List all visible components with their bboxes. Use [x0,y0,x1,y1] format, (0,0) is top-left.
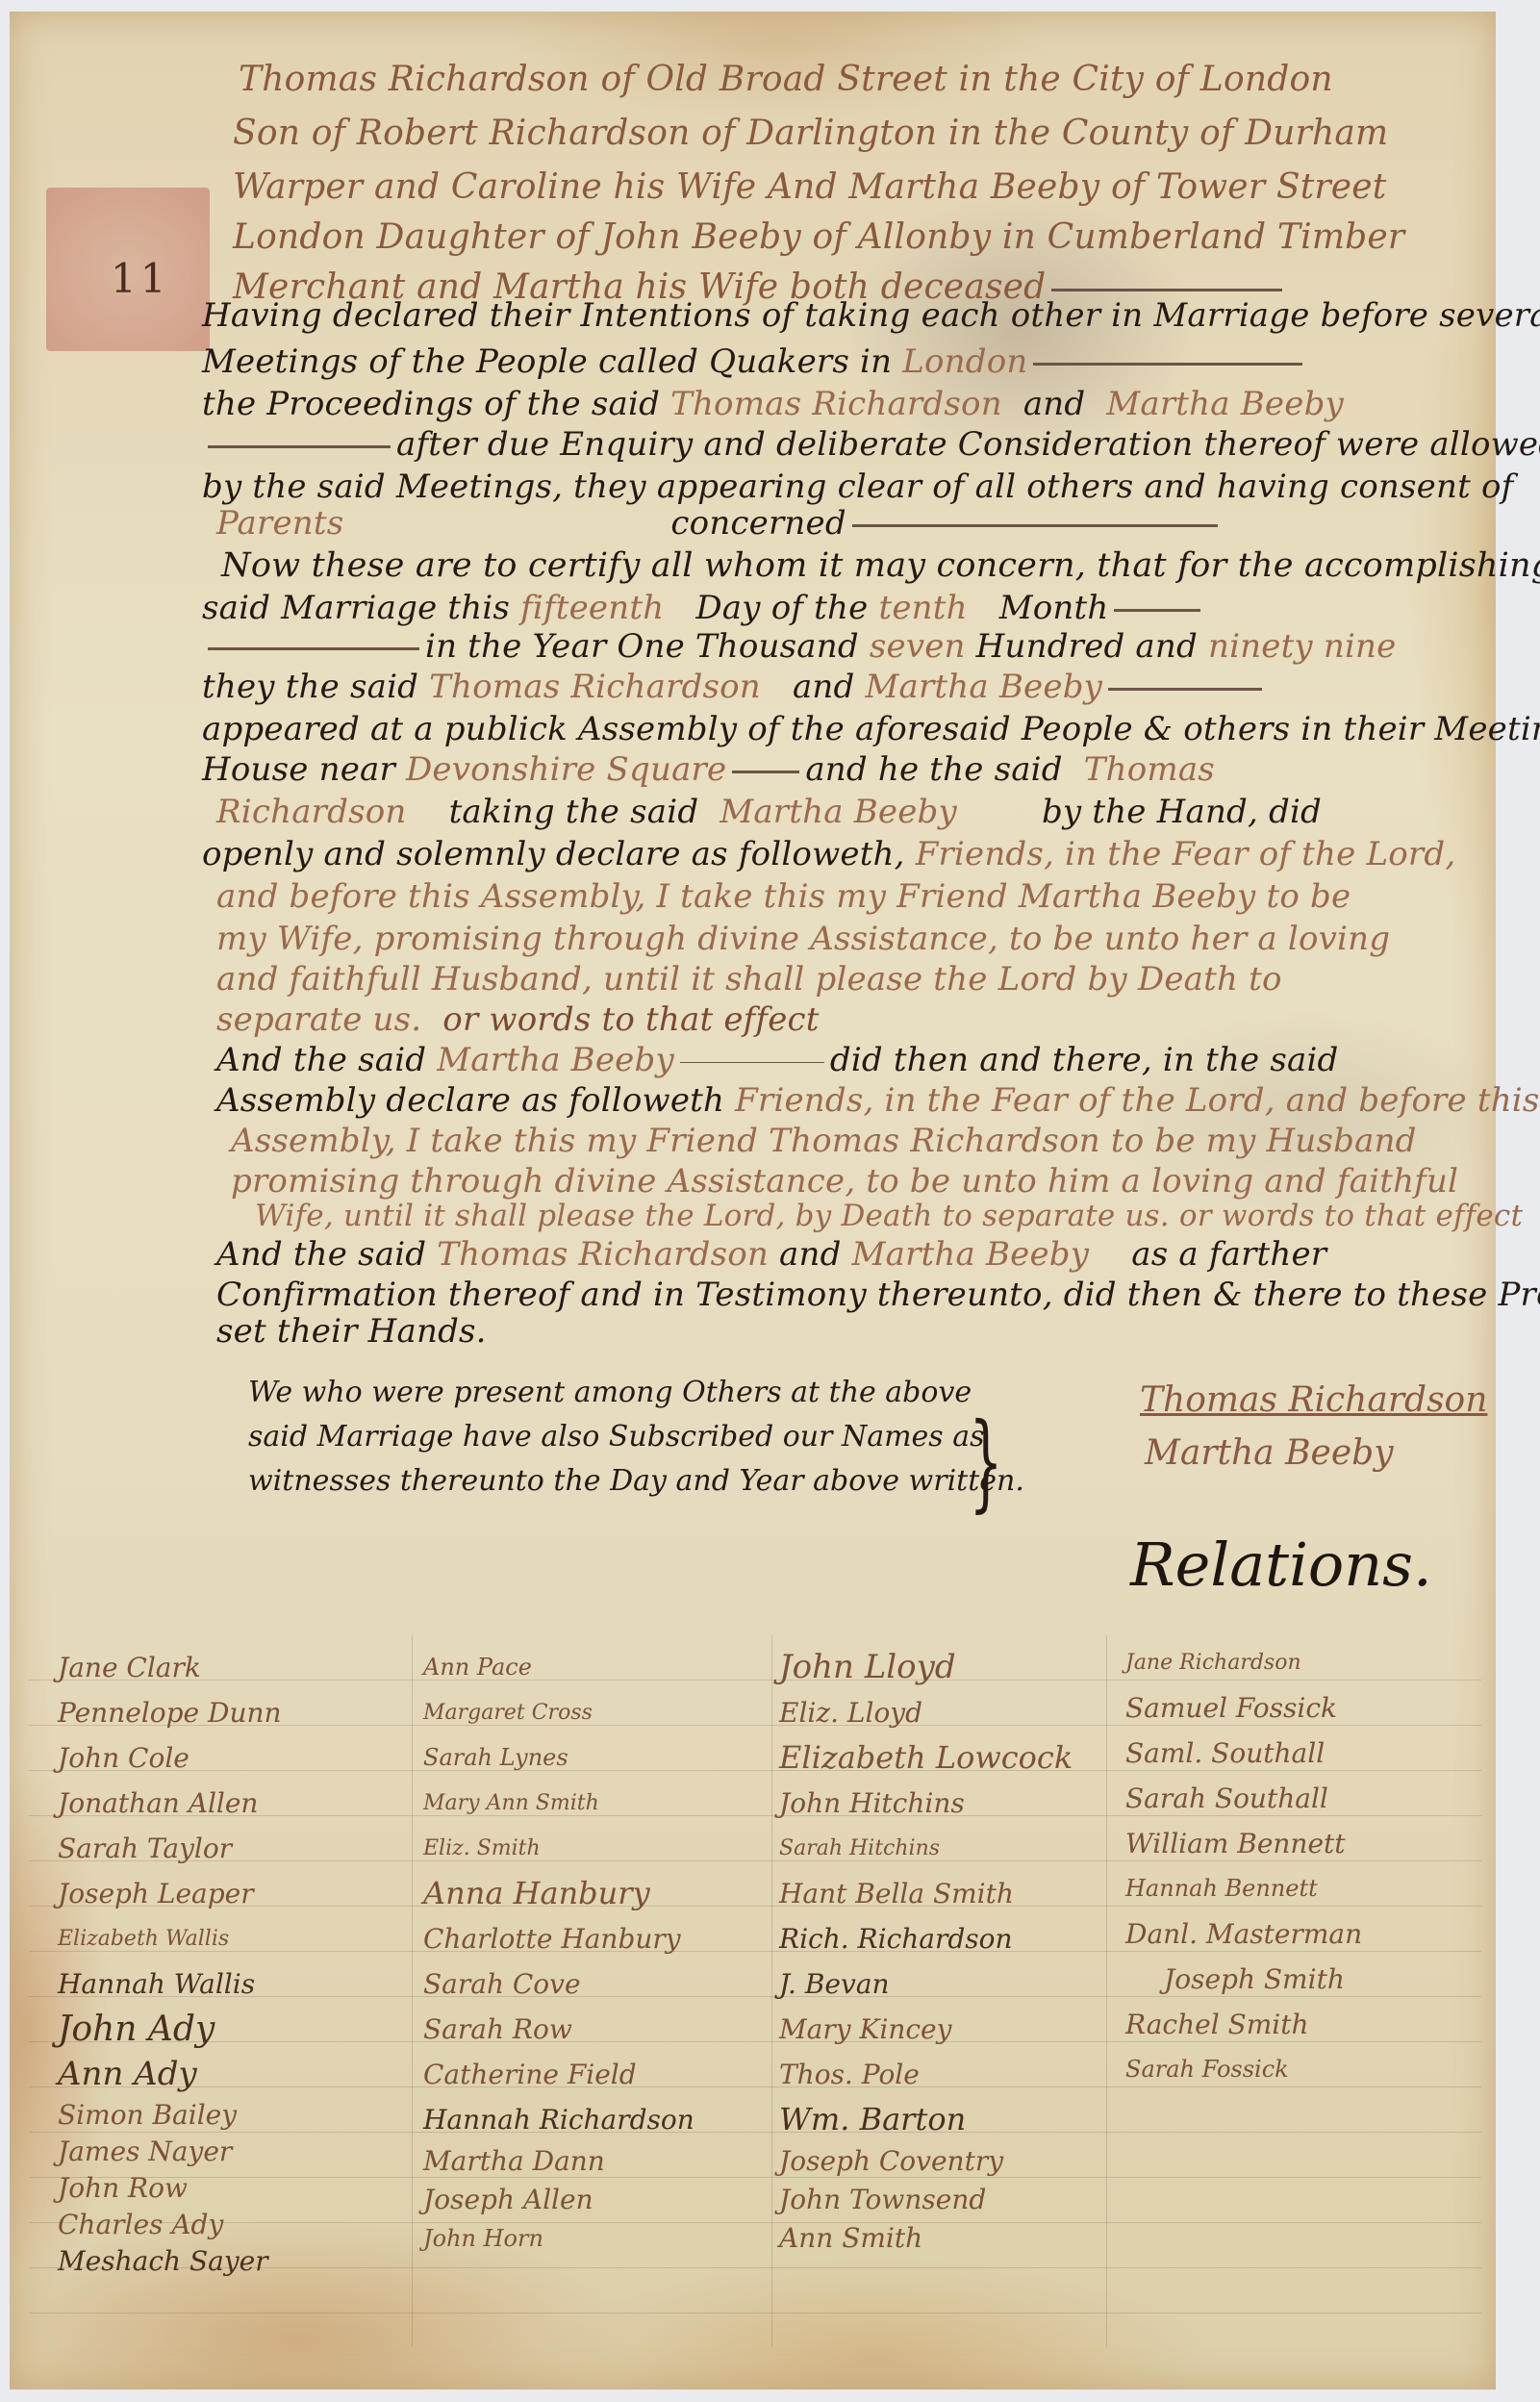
body-line: in the Year One Thousand seven Hundred a… [202,627,1396,666]
witness-signature: Jonathan Allen [58,1781,282,1826]
brace-glyph: } [970,1400,1003,1523]
relations-heading: Relations. [1130,1530,1432,1600]
witness-signature: John Hitchins [779,1781,1073,1826]
attestation-line: witnesses thereunto the Day and Year abo… [248,1459,1024,1504]
witness-signature: Charlotte Hanbury [423,1916,694,1961]
bride-signature: Martha Beeby [1145,1433,1394,1473]
body-line: promising through divine Assistance, to … [231,1162,1458,1201]
relation-signature: Sarah Southall [1125,1776,1362,1821]
preamble-line: London Daughter of John Beeby of Allonby… [233,217,1404,257]
body-line: And the said Thomas Richardson and Marth… [216,1235,1326,1274]
witness-signature: Elizabeth Wallis [58,1916,282,1961]
preamble-line: Thomas Richardson of Old Broad Street in… [239,60,1333,99]
witness-signature: Hannah Wallis [58,1961,282,2007]
witness-signature: Elizabeth Lowcock [779,1735,1073,1781]
attestation-line: said Marriage have also Subscribed our N… [248,1415,1024,1459]
column-divider [771,1635,772,2347]
witness-signature: John Lloyd [779,1645,1073,1690]
witness-signature: Ann Pace [423,1645,694,1690]
body-line: and faithfull Husband, until it shall pl… [216,960,1282,999]
body-line: by the said Meetings, they appearing cle… [202,468,1513,506]
witness-signature: Mary Kincey [779,2007,1073,2052]
relation-signature: Rachel Smith [1125,2002,1362,2047]
column-divider [1106,1635,1107,2347]
witness-signature: Meshach Sayer [58,2243,282,2280]
witness-signature: Sarah Lynes [423,1735,694,1781]
relation-signature: Samuel Fossick [1125,1685,1362,1731]
witness-signature: Hant Bella Smith [779,1871,1073,1916]
witness-signature: Eliz. Lloyd [779,1690,1073,1735]
groom-signature: Thomas Richardson [1140,1380,1487,1420]
witness-signature: John Townsend [779,2181,1073,2219]
column-divider [412,1635,413,2347]
witness-signature: Anna Hanbury [423,1871,694,1916]
witness-signature: Rich. Richardson [779,1916,1073,1961]
witness-column-3: John Lloyd Eliz. Lloyd Elizabeth Lowcock… [779,1645,1073,2258]
preamble-line: Son of Robert Richardson of Darlington i… [233,114,1388,153]
witness-signature: Sarah Taylor [58,1826,282,1871]
witness-signature: Eliz. Smith [423,1826,694,1871]
witness-signature: Catherine Field [423,2052,694,2097]
witness-signature: Wm. Barton [779,2097,1073,2142]
relation-signature: Danl. Masterman [1125,1911,1362,1957]
body-line: And the said Martha Beebydid then and th… [216,1041,1339,1079]
witness-signature: Ann Ady [58,2052,282,2097]
witness-signature: John Horn [423,2219,694,2258]
witness-signature: Pennelope Dunn [58,1690,282,1735]
witness-signature: Joseph Coventry [779,2142,1073,2181]
relation-signature: William Bennett [1125,1821,1362,1866]
witness-signature: Sarah Hitchins [779,1826,1073,1871]
witness-column-2: Ann Pace Margaret Cross Sarah Lynes Mary… [423,1645,694,2258]
marginal-mark: 11 [111,255,169,302]
witness-signature: Charles Ady [58,2207,282,2243]
body-line: Richardson taking the said Martha Beeby … [216,793,1322,831]
witness-signature: Joseph Allen [423,2181,694,2219]
witness-signature: John Ady [58,2007,282,2052]
witness-signature: Sarah Row [423,2007,694,2052]
body-line: after due Enquiry and deliberate Conside… [202,425,1540,464]
body-line: set their Hands. [216,1312,487,1351]
body-line: my Wife, promising through divine Assist… [216,920,1390,958]
relation-signature: Hannah Bennett [1125,1866,1362,1911]
body-line: Confirmation thereof and in Testimony th… [216,1276,1540,1314]
witness-attestation: We who were present among Others at the … [248,1371,1024,1504]
body-line: separate us. or words to that effect [216,1000,820,1039]
body-line: Assembly declare as followeth Friends, i… [216,1081,1540,1120]
witness-signature: John Row [58,2170,282,2207]
relation-signature: Saml. Southall [1125,1731,1362,1776]
relation-signature: Sarah Fossick [1125,2047,1362,2092]
relation-signature: Joseph Smith [1125,1957,1362,2002]
body-line: Assembly, I take this my Friend Thomas R… [231,1122,1417,1160]
body-line: Meetings of the People called Quakers in… [202,342,1308,381]
body-line: Wife, until it shall please the Lord, by… [255,1199,1523,1233]
witness-signature: Mary Ann Smith [423,1781,694,1826]
body-line: they the said Thomas Richardson and Mart… [202,668,1268,706]
body-line: appeared at a publick Assembly of the af… [202,710,1540,748]
body-line: Parentsconcerned [216,504,1224,543]
witness-signature: Ann Smith [779,2219,1073,2258]
body-line: said Marriage this fifteenth Day of the … [202,589,1206,627]
relations-column: Jane Richardson Samuel Fossick Saml. Sou… [1125,1640,1362,2092]
preamble-line: Warper and Caroline his Wife And Martha … [233,167,1386,207]
witness-signature: Martha Dann [423,2142,694,2181]
witness-signature: Simon Bailey [58,2097,282,2134]
body-line: the Proceedings of the said Thomas Richa… [202,385,1344,423]
relation-signature: Jane Richardson [1125,1640,1362,1685]
witness-signature: Thos. Pole [779,2052,1073,2097]
witness-signature: Sarah Cove [423,1961,694,2007]
witness-signature: John Cole [58,1735,282,1781]
body-line: and before this Assembly, I take this my… [216,877,1351,916]
witness-signature: Joseph Leaper [58,1871,282,1916]
body-line: Having declared their Intentions of taki… [202,296,1540,335]
attestation-line: We who were present among Others at the … [248,1371,1024,1415]
body-line: openly and solemnly declare as followeth… [202,835,1455,873]
witness-signature: J. Bevan [779,1961,1073,2007]
witness-signature: James Nayer [58,2134,282,2170]
witness-signature: Hannah Richardson [423,2097,694,2142]
witness-column-1: Jane Clark Pennelope Dunn John Cole Jona… [58,1645,282,2280]
witness-signature: Margaret Cross [423,1690,694,1735]
body-line: Now these are to certify all whom it may… [221,546,1540,585]
witness-signature: Jane Clark [58,1645,282,1690]
body-line: House near Devonshire Squareand he the s… [202,750,1215,789]
